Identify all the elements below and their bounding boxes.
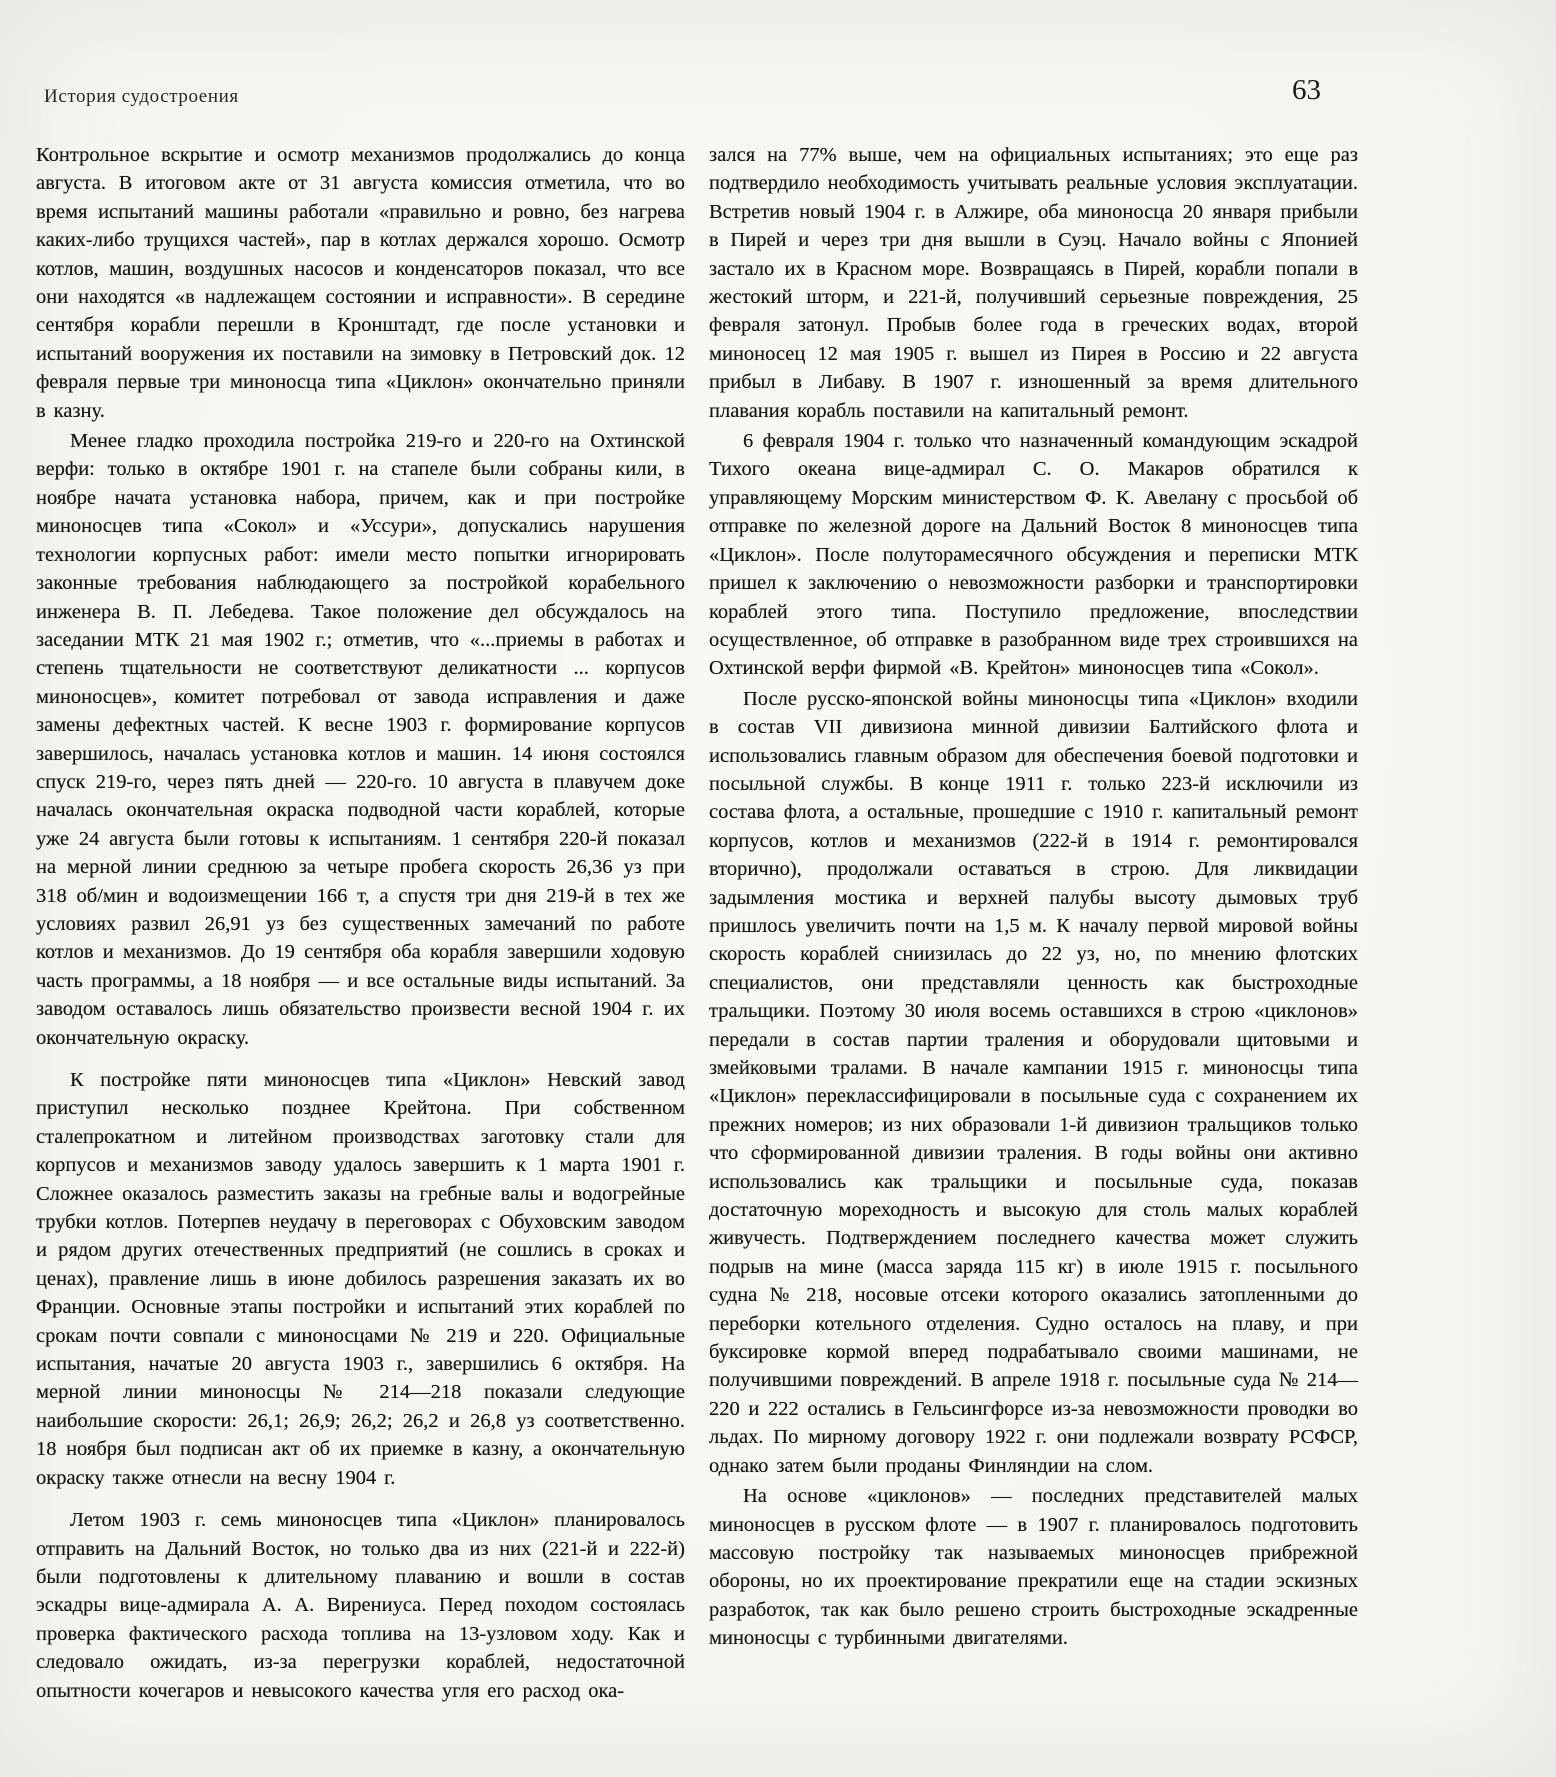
paragraph: 6 февраля 1904 г. только что назначенный…: [709, 427, 1358, 683]
paragraph-continuation: Контрольное вскрытие и осмотр механизмов…: [36, 141, 685, 425]
paragraph: К постройке пяти миноносцев типа «Циклон…: [36, 1066, 685, 1492]
paragraph-continuation: зался на 77% выше, чем на официальных ис…: [709, 141, 1358, 425]
page-number: 63: [1292, 74, 1321, 107]
paragraph: На основе «циклонов» — последних предста…: [709, 1482, 1358, 1652]
paragraph: Летом 1903 г. семь миноносцев типа «Цикл…: [36, 1506, 685, 1705]
left-column: Контрольное вскрытие и осмотр механизмов…: [36, 141, 685, 1705]
book-page: История судостроения 63 Контрольное вскр…: [0, 0, 1556, 1777]
paragraph: Менее гладко проходила постройка 219-го …: [36, 427, 685, 1052]
text-block: Контрольное вскрытие и осмотр механизмов…: [36, 141, 1358, 1705]
right-column: зался на 77% выше, чем на официальных ис…: [709, 141, 1358, 1705]
paragraph: После русско-японской войны миноносцы ти…: [709, 685, 1358, 1480]
running-title: История судостроения: [44, 86, 239, 108]
